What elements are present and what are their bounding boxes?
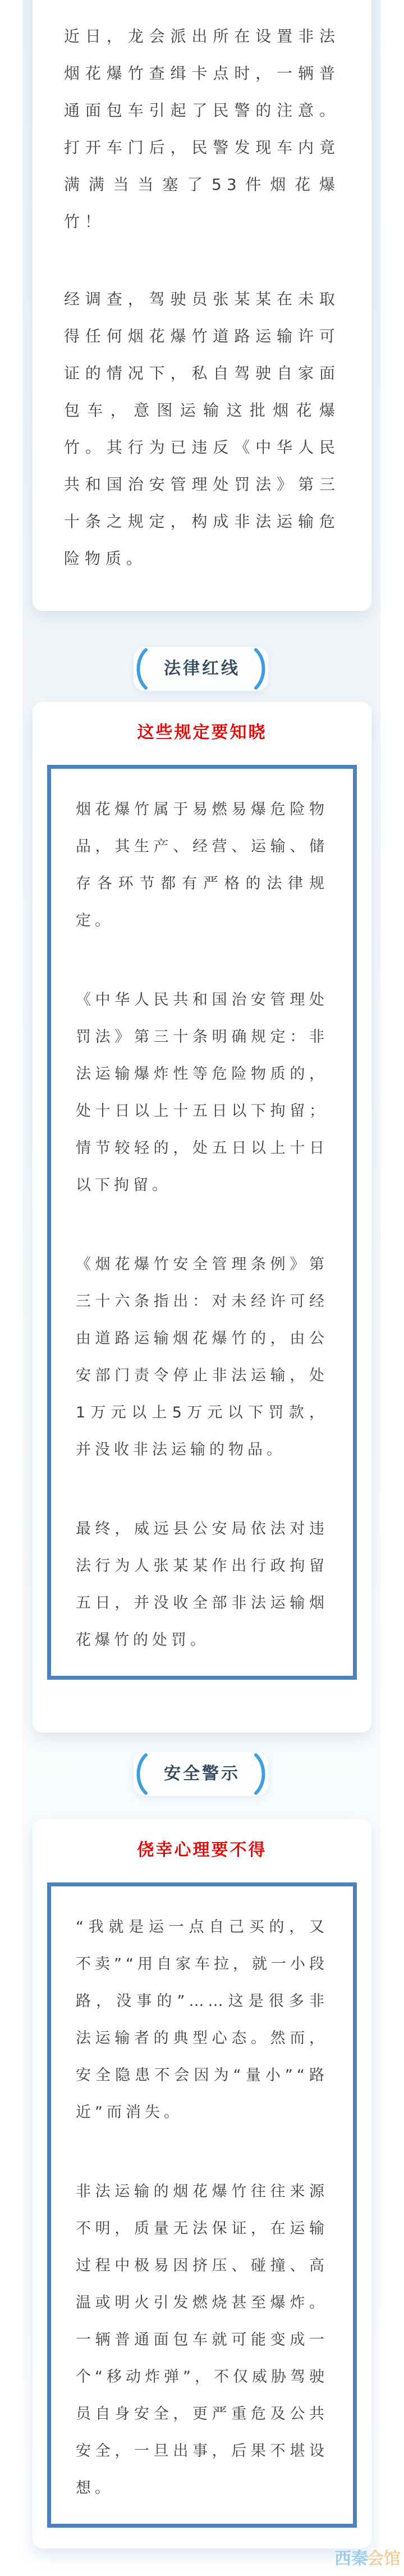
section-badge-safety: 安全警示 (134, 1752, 268, 1796)
article-page: { "colors": { "body_text": "#3f3f3f", "r… (0, 0, 404, 2576)
safety-paragraph: 非法运输的烟花爆竹往往来源不明，质量无法保证，在运输过程中极易因挤压、碰撞、高温… (76, 2173, 328, 2507)
safety-warning-box: “我就是运一点自己买的，又不卖”“用自家车拉，就一小段路，没事的”……这是很多非… (47, 1882, 357, 2528)
left-bracket-icon (131, 1752, 148, 1796)
law-paragraph: 最终，威远县公安局依法对违法行为人张某某作出行政拘留五日，并没收全部非法运输烟花… (76, 1511, 328, 1659)
section-badge-law: 法律红线 (134, 647, 268, 691)
safety-paragraph: “我就是运一点自己买的，又不卖”“用自家车拉，就一小段路，没事的”……这是很多非… (76, 1909, 328, 2131)
watermark-text-blue: 西秦 (334, 2549, 368, 2569)
left-bracket-icon (131, 647, 148, 691)
intro-card: 近日，龙会派出所在设置非法烟花爆竹查缉卡点时，一辆普通面包车引起了民警的注意。打… (33, 0, 371, 611)
law-provisions-box: 烟花爆竹属于易燃易爆危险物品，其生产、经营、运输、储存各环节都有严格的法律规定。… (47, 765, 357, 1680)
law-section-subtitle: 这些规定要知晓 (47, 721, 357, 745)
law-paragraph: 《烟花爆竹安全管理条例》第三十六条指出：对未经许可经由道路运输烟花爆竹的，由公安… (76, 1246, 328, 1469)
section-badge-label: 法律红线 (162, 660, 240, 677)
intro-paragraph: 经调查，驾驶员张某某在未取得任何烟花爆竹道路运输许可证的情况下，私自驾驶自家面包… (64, 281, 340, 577)
law-paragraph: 烟花爆竹属于易燃易爆危险物品，其生产、经营、运输、储存各环节都有严格的法律规定。 (76, 791, 328, 940)
intro-paragraph: 近日，龙会派出所在设置非法烟花爆竹查缉卡点时，一辆普通面包车引起了民警的注意。打… (64, 18, 340, 240)
watermark-logo: 西秦会馆 (334, 2551, 401, 2568)
law-section-card: 这些规定要知晓 烟花爆竹属于易燃易爆危险物品，其生产、经营、运输、储存各环节都有… (33, 702, 371, 1732)
watermark-text-orange: 会馆 (367, 2549, 401, 2569)
law-paragraph: 《中华人民共和国治安管理处罚法》第三十条明确规定：非法运输爆炸性等危险物质的，处… (76, 982, 328, 1204)
section-badge-label: 安全警示 (162, 1766, 240, 1782)
safety-section-subtitle: 侥幸心理要不得 (47, 1839, 357, 1862)
right-bracket-icon (254, 1752, 270, 1796)
right-bracket-icon (254, 647, 270, 691)
safety-section-card: 侥幸心理要不得 “我就是运一点自己买的，又不卖”“用自家车拉，就一小段路，没事的… (33, 1820, 371, 2548)
